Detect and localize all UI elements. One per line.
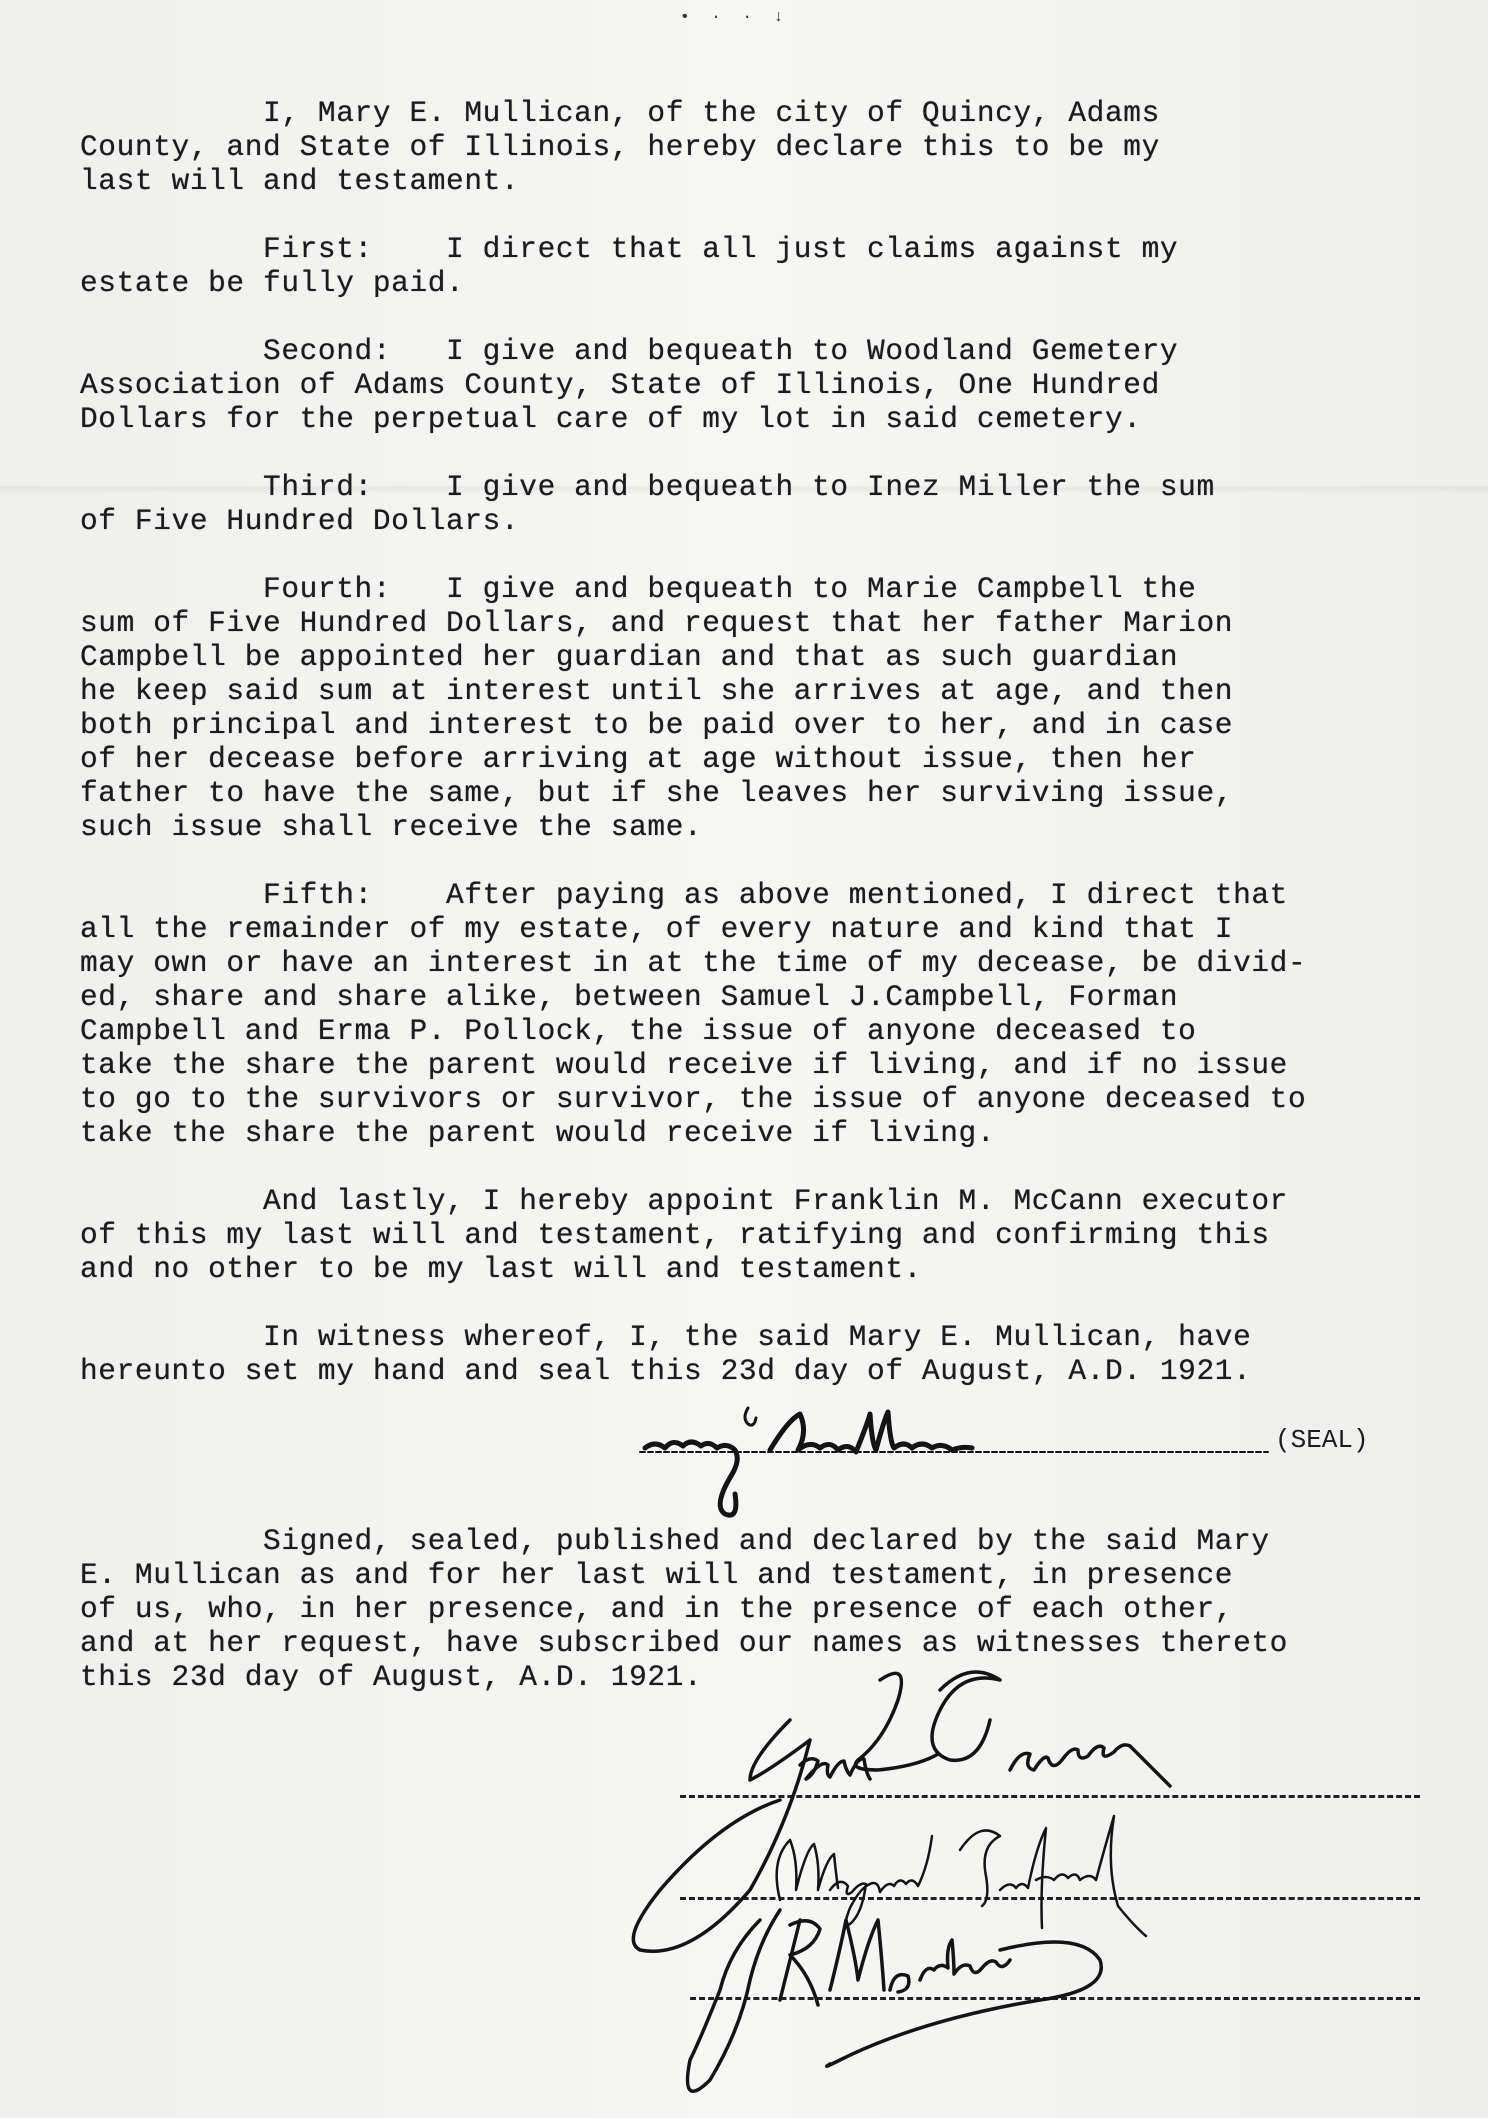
top-mark: • · · ↓ [680, 8, 789, 26]
witness-signature-j-r-morton [688, 1910, 1102, 2091]
attestation-line-1: Signed, sealed, published and declared b… [80, 1524, 1270, 1558]
first-line-2: estate be fully paid. [80, 266, 464, 300]
seal-label: (SEAL) [1275, 1425, 1369, 1455]
third-line-1: Third: I give and bequeath to Inez Mille… [80, 470, 1215, 504]
fourth-line-6: of her decease before arriving at age wi… [80, 742, 1196, 776]
first-line-1: First: I direct that all just claims aga… [80, 232, 1178, 266]
fourth-line-8: such issue shall receive the same. [80, 810, 702, 844]
witness-whereof-line-1: In witness whereof, I, the said Mary E. … [80, 1320, 1251, 1354]
preamble-line-1: I, Mary E. Mullican, of the city of Quin… [80, 96, 1160, 130]
attestation-line-3: of us, who, in her presence, and in the … [80, 1592, 1233, 1626]
witness-signature-line-3 [690, 1997, 1420, 2000]
fourth-line-2: sum of Five Hundred Dollars, and request… [80, 606, 1233, 640]
fourth-line-5: both principal and interest to be paid o… [80, 708, 1233, 742]
fifth-line-8: take the share the parent would receive … [80, 1116, 995, 1150]
document-page: • · · ↓ I, Mary E. Mullican, of the city… [0, 0, 1488, 2118]
fourth-line-7: father to have the same, but if she leav… [80, 776, 1233, 810]
fourth-line-3: Campbell be appointed her guardian and t… [80, 640, 1178, 674]
witness-signature-margaret-terford [777, 1816, 1146, 1936]
attestation-line-5: this 23d day of August, A.D. 1921. [80, 1660, 702, 1694]
preamble-line-2: County, and State of Illinois, hereby de… [80, 130, 1160, 164]
fourth-line-4: he keep said sum at interest until she a… [80, 674, 1233, 708]
fifth-line-1: Fifth: After paying as above mentioned, … [80, 878, 1288, 912]
second-line-1: Second: I give and bequeath to Woodland … [80, 334, 1178, 368]
attestation-line-2: E. Mullican as and for her last will and… [80, 1558, 1233, 1592]
fifth-line-6: take the share the parent would receive … [80, 1048, 1288, 1082]
second-line-3: Dollars for the perpetual care of my lot… [80, 402, 1142, 436]
executor-line-3: and no other to be my last will and test… [80, 1252, 922, 1286]
fifth-line-3: may own or have an interest in at the ti… [80, 946, 1306, 980]
second-line-2: Association of Adams County, State of Il… [80, 368, 1160, 402]
fifth-line-7: to go to the survivors or survivor, the … [80, 1082, 1306, 1116]
testator-signature [640, 1408, 1268, 1515]
fifth-line-4: ed, share and share alike, between Samue… [80, 980, 1178, 1014]
witness-signature-line-2 [680, 1897, 1420, 1900]
executor-line-2: of this my last will and testament, rati… [80, 1218, 1270, 1252]
third-line-2: of Five Hundred Dollars. [80, 504, 519, 538]
witness-signature-john-garner [633, 1672, 1170, 1951]
fifth-line-2: all the remainder of my estate, of every… [80, 912, 1233, 946]
attestation-line-4: and at her request, have subscribed our … [80, 1626, 1288, 1660]
fourth-line-1: Fourth: I give and bequeath to Marie Cam… [80, 572, 1196, 606]
witness-whereof-line-2: hereunto set my hand and seal this 23d d… [80, 1354, 1251, 1388]
fifth-line-5: Campbell and Erma P. Pollock, the issue … [80, 1014, 1196, 1048]
witness-signature-line-1 [680, 1795, 1420, 1798]
executor-line-1: And lastly, I hereby appoint Franklin M.… [80, 1184, 1288, 1218]
preamble-line-3: last will and testament. [80, 164, 519, 198]
